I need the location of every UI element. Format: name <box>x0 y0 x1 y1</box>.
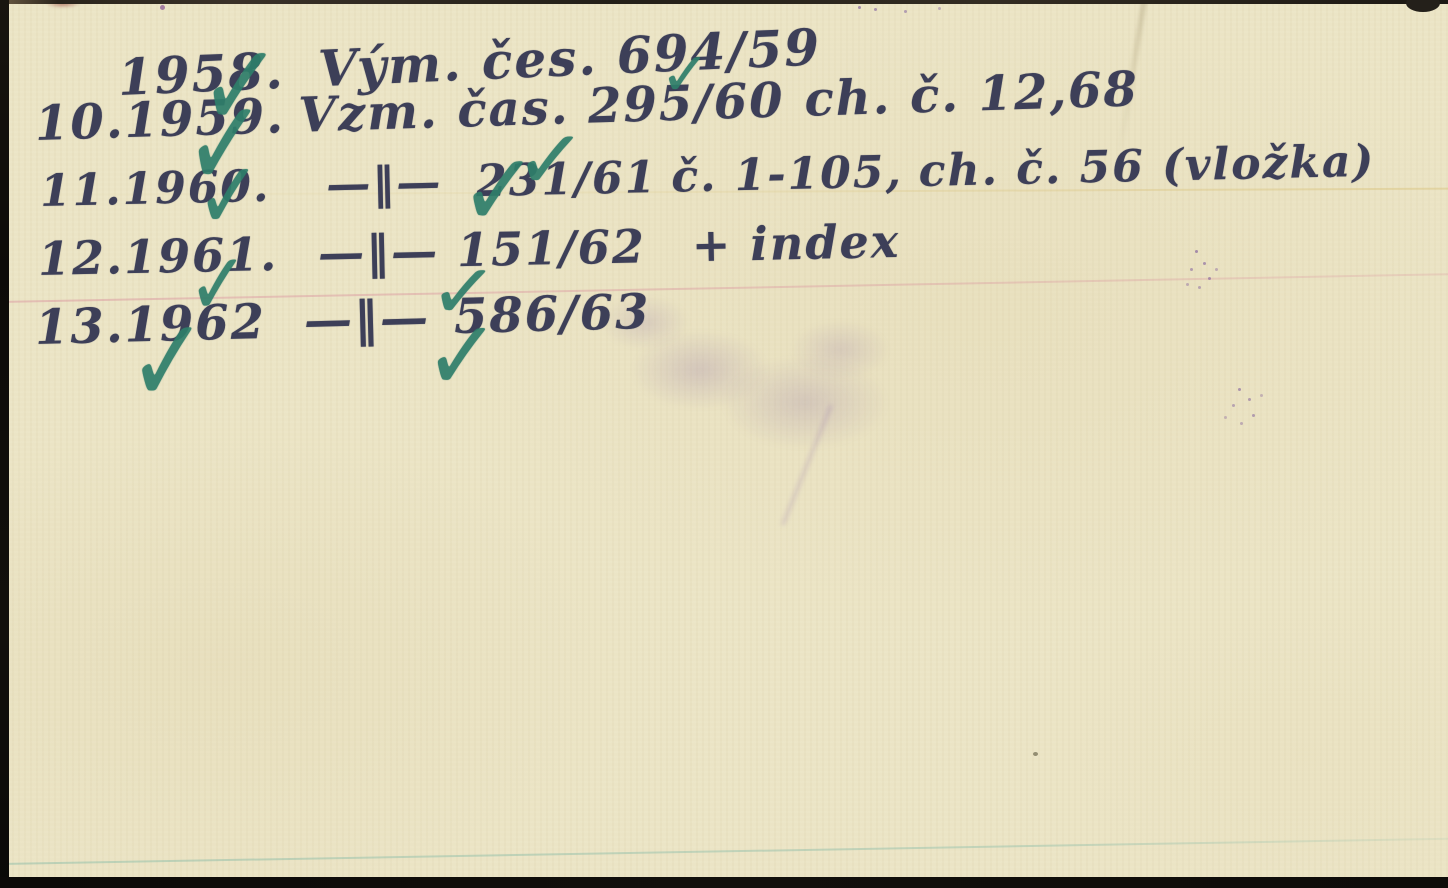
ink-smudge <box>720 355 890 450</box>
ink-smudge <box>630 330 770 410</box>
ditto-mark: —‖— <box>303 290 430 349</box>
index-card: 1958. Vým. čes. 694/59 10.1959. Vzm. čas… <box>0 0 1448 888</box>
scan-edge-left <box>0 0 9 888</box>
ink-smudge <box>790 320 890 380</box>
scan-edge-bottom <box>0 877 1448 888</box>
entry-line-1962: 13.1962 —‖— 586/63 <box>34 284 651 356</box>
entry-body: č. 1-105, <box>671 146 904 202</box>
edge-specks <box>858 6 861 9</box>
check-icon: ✓ <box>458 136 540 246</box>
ink-speck-cluster <box>1195 250 1198 253</box>
dark-speck <box>1033 752 1038 756</box>
red-mark <box>46 0 80 8</box>
ditto-mark: —‖— <box>326 157 443 211</box>
check-icon: ✓ <box>423 303 501 408</box>
check-icon: ✓ <box>196 150 261 244</box>
ink-speck-cluster <box>1238 388 1241 391</box>
check-icon: ✓ <box>660 45 710 105</box>
ruled-line-teal <box>0 838 1448 865</box>
check-icon: ✓ <box>128 303 208 422</box>
entry-body: ch. č. 12,68 <box>804 61 1140 127</box>
purple-dot <box>160 5 165 10</box>
entry-body: ch. č. 56 (vložka) <box>918 136 1376 197</box>
scan-corner-spot <box>1406 0 1440 12</box>
ink-streak <box>781 404 833 526</box>
scan-edge-top <box>0 0 1448 4</box>
ditto-mark: —‖— <box>317 224 439 281</box>
entry-body: + index <box>691 214 900 272</box>
